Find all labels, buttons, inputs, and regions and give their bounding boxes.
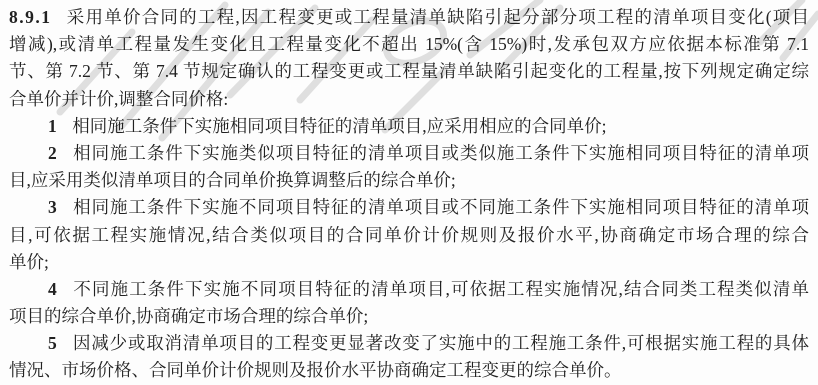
item-number: 3 bbox=[48, 197, 58, 217]
text-line: 情况、市场价格、合同单价计价规则及报价水平协商确定工程变更的综合单价。 bbox=[9, 357, 809, 384]
line-text: 单价; bbox=[9, 252, 49, 272]
text-line: 目,可依据工程实施情况,结合类似项目的合同单价计价规则及报价水平,协商确定市场合… bbox=[9, 222, 809, 249]
text-line: 4不同施工条件下实施不同项目特征的清单项目,可依据工程实施情况,结合同类工程类似… bbox=[9, 276, 809, 303]
line-text: 合单价并计价,调整合同价格: bbox=[9, 89, 228, 109]
text-line: 项目的综合单价,协商确定市场合理的综合单价; bbox=[9, 303, 809, 330]
item-number: 1 bbox=[48, 116, 58, 136]
document-page: 8.9.1采用单价合同的工程,因工程变更或工程量清单缺陷引起分部分项工程的清单项… bbox=[0, 0, 818, 385]
item-number: 2 bbox=[48, 143, 58, 163]
text-line: 3相同施工条件下实施不同项目特征的清单项目或不同施工条件下实施相同项目特征的清单… bbox=[9, 194, 809, 221]
line-text: 相同施工条件下实施类似项目特征的清单项目或类似施工条件下实施相同项目特征的清单项 bbox=[72, 143, 809, 163]
text-line: 单价; bbox=[9, 249, 809, 276]
text-line: 增减),或清单工程量发生变化且工程量变化不超出 15%(含 15%)时,发承包双… bbox=[9, 31, 809, 58]
text-line: 1相同施工条件下实施相同项目特征的清单项目,应采用相应的合同单价; bbox=[9, 113, 809, 140]
text-line: 8.9.1采用单价合同的工程,因工程变更或工程量清单缺陷引起分部分项工程的清单项… bbox=[9, 4, 809, 31]
text-line: 2相同施工条件下实施类似项目特征的清单项目或类似施工条件下实施相同项目特征的清单… bbox=[9, 140, 809, 167]
text-lines: 8.9.1采用单价合同的工程,因工程变更或工程量清单缺陷引起分部分项工程的清单项… bbox=[9, 4, 809, 385]
text-line: 合单价并计价,调整合同价格: bbox=[9, 86, 809, 113]
line-text: 增减),或清单工程量发生变化且工程量变化不超出 15%(含 15%)时,发承包双… bbox=[9, 34, 809, 54]
item-number: 4 bbox=[48, 279, 58, 299]
line-text: 目,应采用类似清单项目的合同单价换算调整后的综合单价; bbox=[9, 170, 456, 190]
line-text: 采用单价合同的工程,因工程变更或工程量清单缺陷引起分部分项工程的清单项目变化(项… bbox=[66, 7, 810, 27]
item-number: 5 bbox=[48, 333, 58, 353]
line-text: 不同施工条件下实施不同项目特征的清单项目,可依据工程实施情况,结合同类工程类似清… bbox=[72, 279, 809, 299]
text-line: 5因减少或取消清单项目的工程变更显著改变了实施中的工程施工条件,可根据实施工程的… bbox=[9, 330, 809, 357]
line-text: 情况、市场价格、合同单价计价规则及报价水平协商确定工程变更的综合单价。 bbox=[9, 360, 622, 380]
text-line: 目,应采用类似清单项目的合同单价换算调整后的综合单价; bbox=[9, 167, 809, 194]
text-line: 节、第 7.2 节、第 7.4 节规定确认的工程变更或工程量清单缺陷引起变化的工… bbox=[9, 58, 809, 85]
line-text: 因减少或取消清单项目的工程变更显著改变了实施中的工程施工条件,可根据实施工程的具… bbox=[72, 333, 809, 353]
line-text: 项目的综合单价,协商确定市场合理的综合单价; bbox=[9, 306, 368, 326]
line-text: 相同施工条件下实施不同项目特征的清单项目或不同施工条件下实施相同项目特征的清单项 bbox=[72, 197, 809, 217]
line-text: 相同施工条件下实施相同项目特征的清单项目,应采用相应的合同单价; bbox=[72, 116, 606, 136]
line-text: 节、第 7.2 节、第 7.4 节规定确认的工程变更或工程量清单缺陷引起变化的工… bbox=[9, 61, 809, 81]
item-number: 8.9.1 bbox=[9, 7, 52, 27]
line-text: 目,可依据工程实施情况,结合类似项目的合同单价计价规则及报价水平,协商确定市场合… bbox=[9, 225, 809, 245]
